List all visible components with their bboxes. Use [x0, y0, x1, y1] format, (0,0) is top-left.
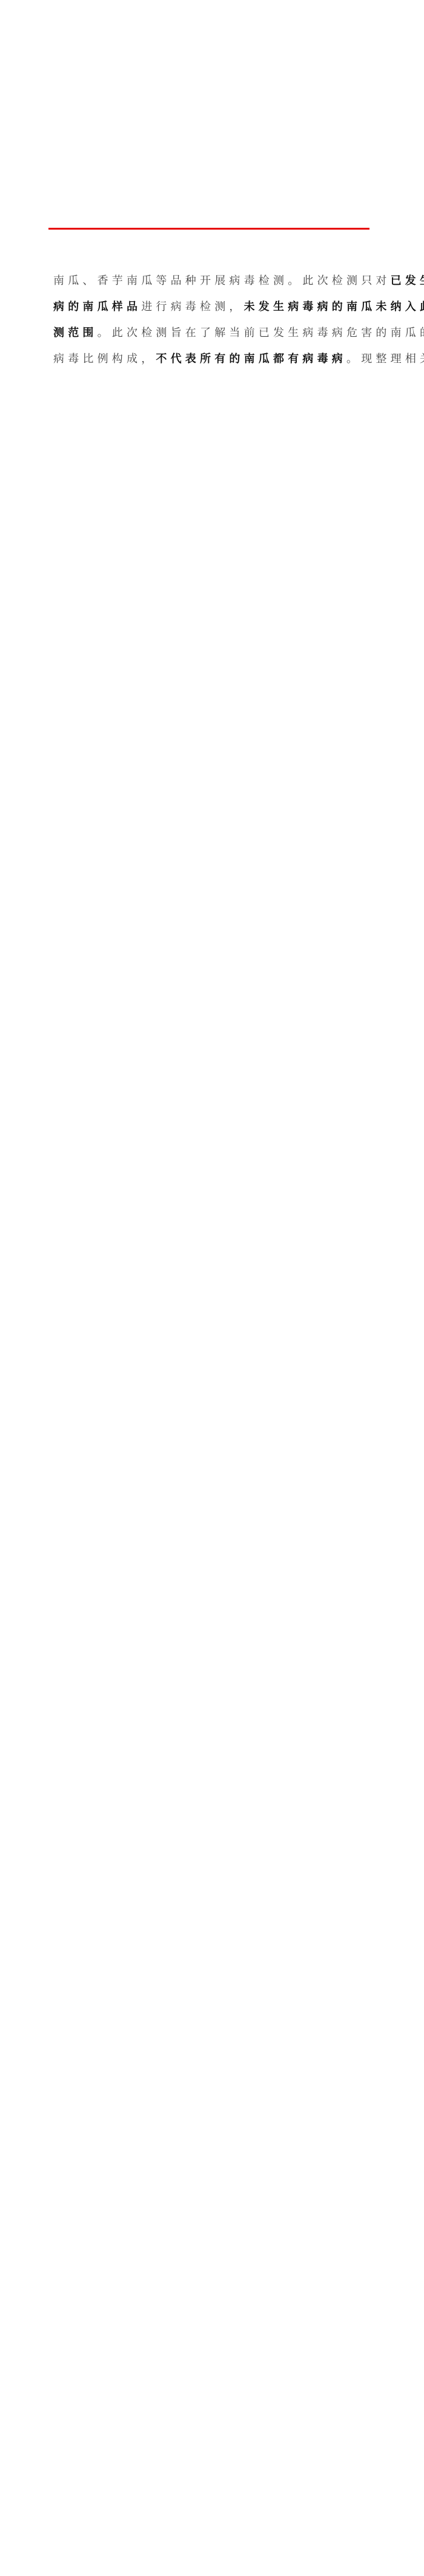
header-divider: [48, 228, 369, 230]
intro-line: 病毒比例构成，不代表所有的南瓜都有病毒病。现整理相关情况: [53, 353, 373, 366]
intro-line: 南瓜、香芋南瓜等品种开展病毒检测。此次检测只对已发生病毒: [53, 274, 373, 288]
intro-line: 病的南瓜样品进行病毒检测，未发生病毒病的南瓜未纳入此次检: [53, 300, 373, 314]
intro-line: 测范围。此次检测旨在了解当前已发生病毒病危害的南瓜的主要: [53, 327, 373, 340]
